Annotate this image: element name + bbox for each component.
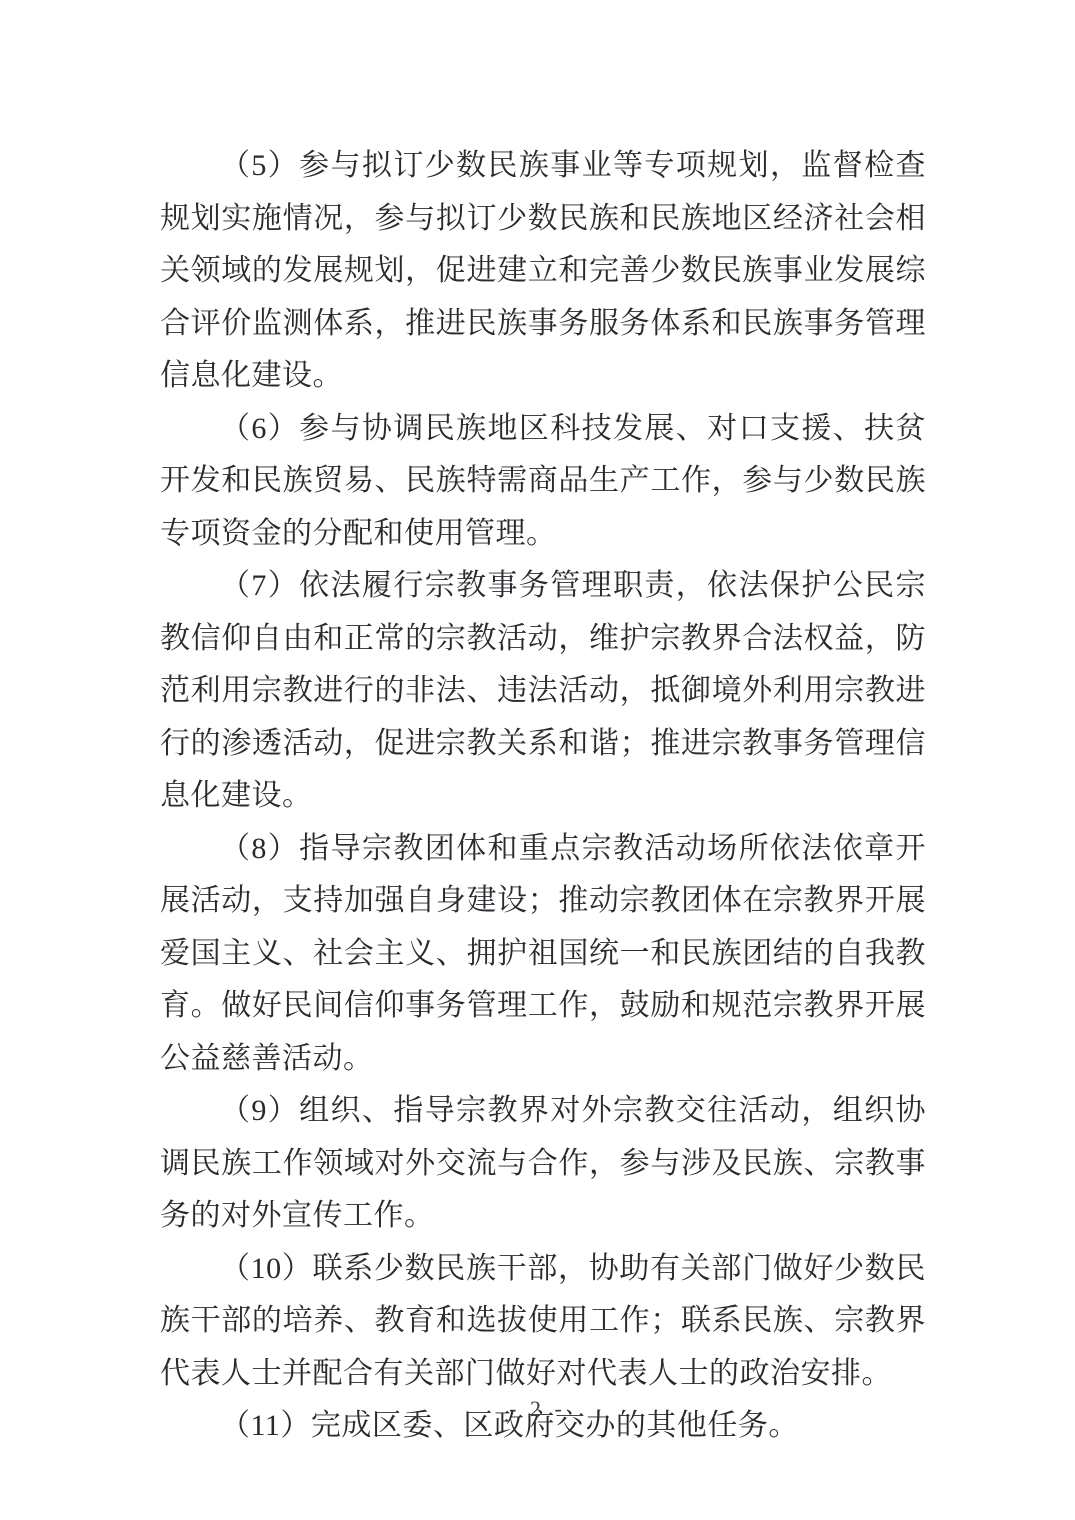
paragraph-item-8: （8）指导宗教团体和重点宗教活动场所依法依章开展活动，支持加强自身建设；推动宗教… [160,823,926,1086]
paragraph-item-9: （9）组织、指导宗教界对外宗教交往活动，组织协调民族工作领域对外交流与合作，参与… [160,1085,926,1243]
paragraph-item-7: （7）依法履行宗教事务管理职责，依法保护公民宗教信仰自由和正常的宗教活动，维护宗… [160,560,926,823]
page-number: - 2 - [0,1396,1075,1422]
paragraph-item-5: （5）参与拟订少数民族事业等专项规划，监督检查规划实施情况，参与拟订少数民族和民… [160,140,926,403]
document-body: （5）参与拟订少数民族事业等专项规划，监督检查规划实施情况，参与拟订少数民族和民… [160,140,926,1453]
document-page: （5）参与拟订少数民族事业等专项规划，监督检查规划实施情况，参与拟订少数民族和民… [0,0,1075,1520]
paragraph-item-10: （10）联系少数民族干部，协助有关部门做好少数民族干部的培养、教育和选拔使用工作… [160,1243,926,1401]
paragraph-item-6: （6）参与协调民族地区科技发展、对口支援、扶贫开发和民族贸易、民族特需商品生产工… [160,403,926,561]
